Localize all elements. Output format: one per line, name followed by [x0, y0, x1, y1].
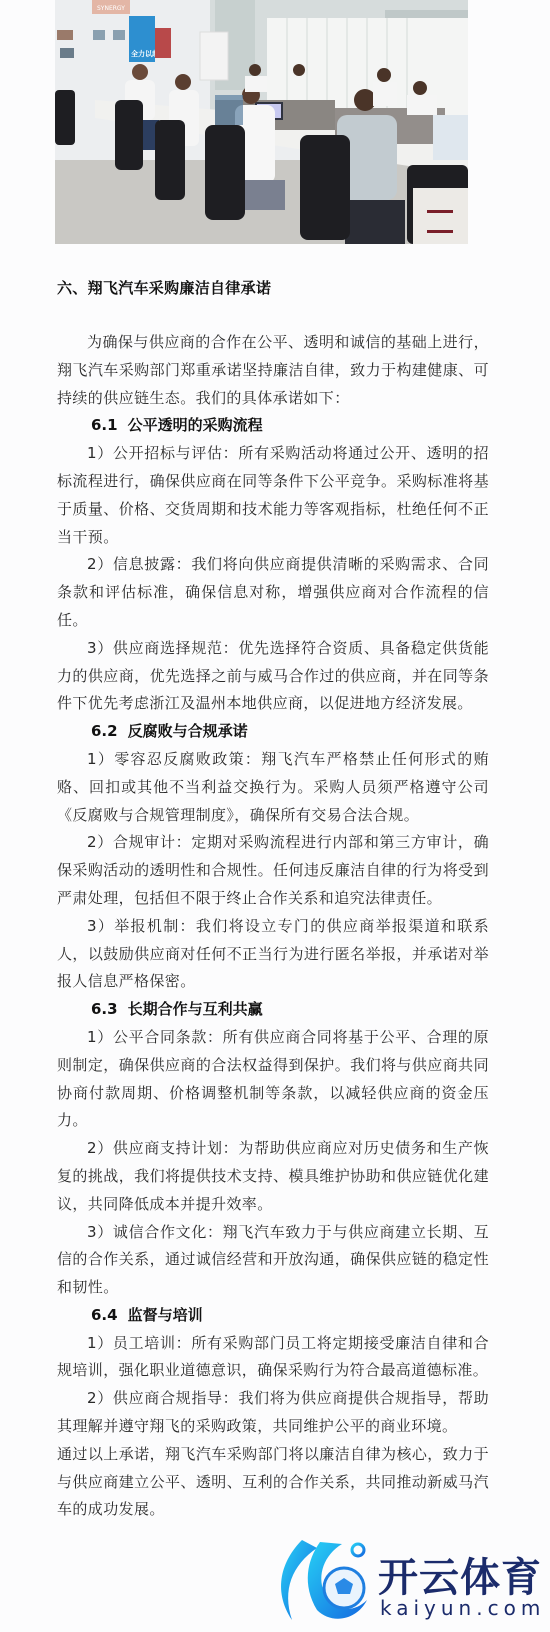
list-item: 1）公开招标与评估：所有采购活动将通过公开、透明的招标流程进行，确保供应商在同等…	[57, 440, 489, 551]
list-item: 2）信息披露：我们将向供应商提供清晰的采购需求、合同条款和评估标准，确保信息对称…	[57, 551, 489, 634]
list-item: 3）诚信合作文化：翔飞汽车致力于与供应商建立长期、互信的合作关系，通过诚信经营和…	[57, 1219, 489, 1302]
subsection-number: 6.1	[91, 416, 118, 434]
intro-paragraph: 为确保与供应商的合作在公平、透明和诚信的基础上进行，翔飞汽车采购部门郑重承诺坚持…	[57, 329, 489, 412]
watermark-brand-cn: 开云体育	[378, 1546, 542, 1603]
subsection-title: 反腐败与合规承诺	[128, 722, 248, 740]
subsection-number: 6.2	[91, 722, 118, 740]
list-item: 2）合规审计：定期对采购流程进行内部和第三方审计，确保采购活动的透明性和合规性。…	[57, 829, 489, 912]
subsection-title: 公平透明的采购流程	[128, 416, 263, 434]
conclusion-paragraph: 通过以上承诺，翔飞汽车采购部门将以廉洁自律为核心，致力于与供应商建立公平、透明、…	[57, 1441, 489, 1524]
office-photo: SYNERGY 全力以赴	[55, 0, 468, 244]
list-item: 1）公平合同条款：所有供应商合同将基于公平、合理的原则制定，确保供应商的合法权益…	[57, 1024, 489, 1135]
section-title: 六、翔飞汽车采购廉洁自律承诺	[57, 277, 489, 299]
subsection-title: 监督与培训	[128, 1306, 203, 1324]
subsection-heading-6-2: 6.2反腐败与合规承诺	[57, 718, 489, 746]
article-body: 六、翔飞汽车采购廉洁自律承诺 为确保与供应商的合作在公平、透明和诚信的基础上进行…	[57, 277, 489, 1524]
subsection-heading-6-4: 6.4监督与培训	[57, 1302, 489, 1330]
subsection-heading-6-1: 6.1公平透明的采购流程	[57, 412, 489, 440]
kaiyun-watermark: 开云体育 kaiyun.com	[262, 1530, 550, 1630]
list-item: 3）举报机制：我们将设立专门的供应商举报渠道和联系人，以鼓励供应商对任何不正当行…	[57, 913, 489, 996]
kaiyun-logo-icon	[262, 1530, 382, 1630]
subsection-title: 长期合作与互利共赢	[128, 1000, 263, 1018]
subsection-heading-6-3: 6.3长期合作与互利共赢	[57, 996, 489, 1024]
list-item: 1）零容忍反腐败政策：翔飞汽车严格禁止任何形式的贿赂、回扣或其他不当利益交换行为…	[57, 746, 489, 829]
list-item: 2）供应商合规指导：我们将为供应商提供合规指导，帮助其理解并遵守翔飞的采购政策，…	[57, 1385, 489, 1441]
subsection-number: 6.3	[91, 1000, 118, 1018]
watermark-brand-en: kaiyun.com	[380, 1596, 545, 1620]
office-scene-image: SYNERGY 全力以赴	[55, 0, 468, 244]
svg-text:SYNERGY: SYNERGY	[97, 5, 125, 12]
list-item: 1）员工培训：所有采购部门员工将定期接受廉洁自律和合规培训，强化职业道德意识，确…	[57, 1330, 489, 1386]
subsection-number: 6.4	[91, 1306, 118, 1324]
list-item: 3）供应商选择规范：优先选择符合资质、具备稳定供货能力的供应商，优先选择之前与威…	[57, 635, 489, 718]
svg-text:全力以赴: 全力以赴	[131, 49, 159, 58]
list-item: 2）供应商支持计划：为帮助供应商应对历史债务和生产恢复的挑战，我们将提供技术支持…	[57, 1135, 489, 1218]
